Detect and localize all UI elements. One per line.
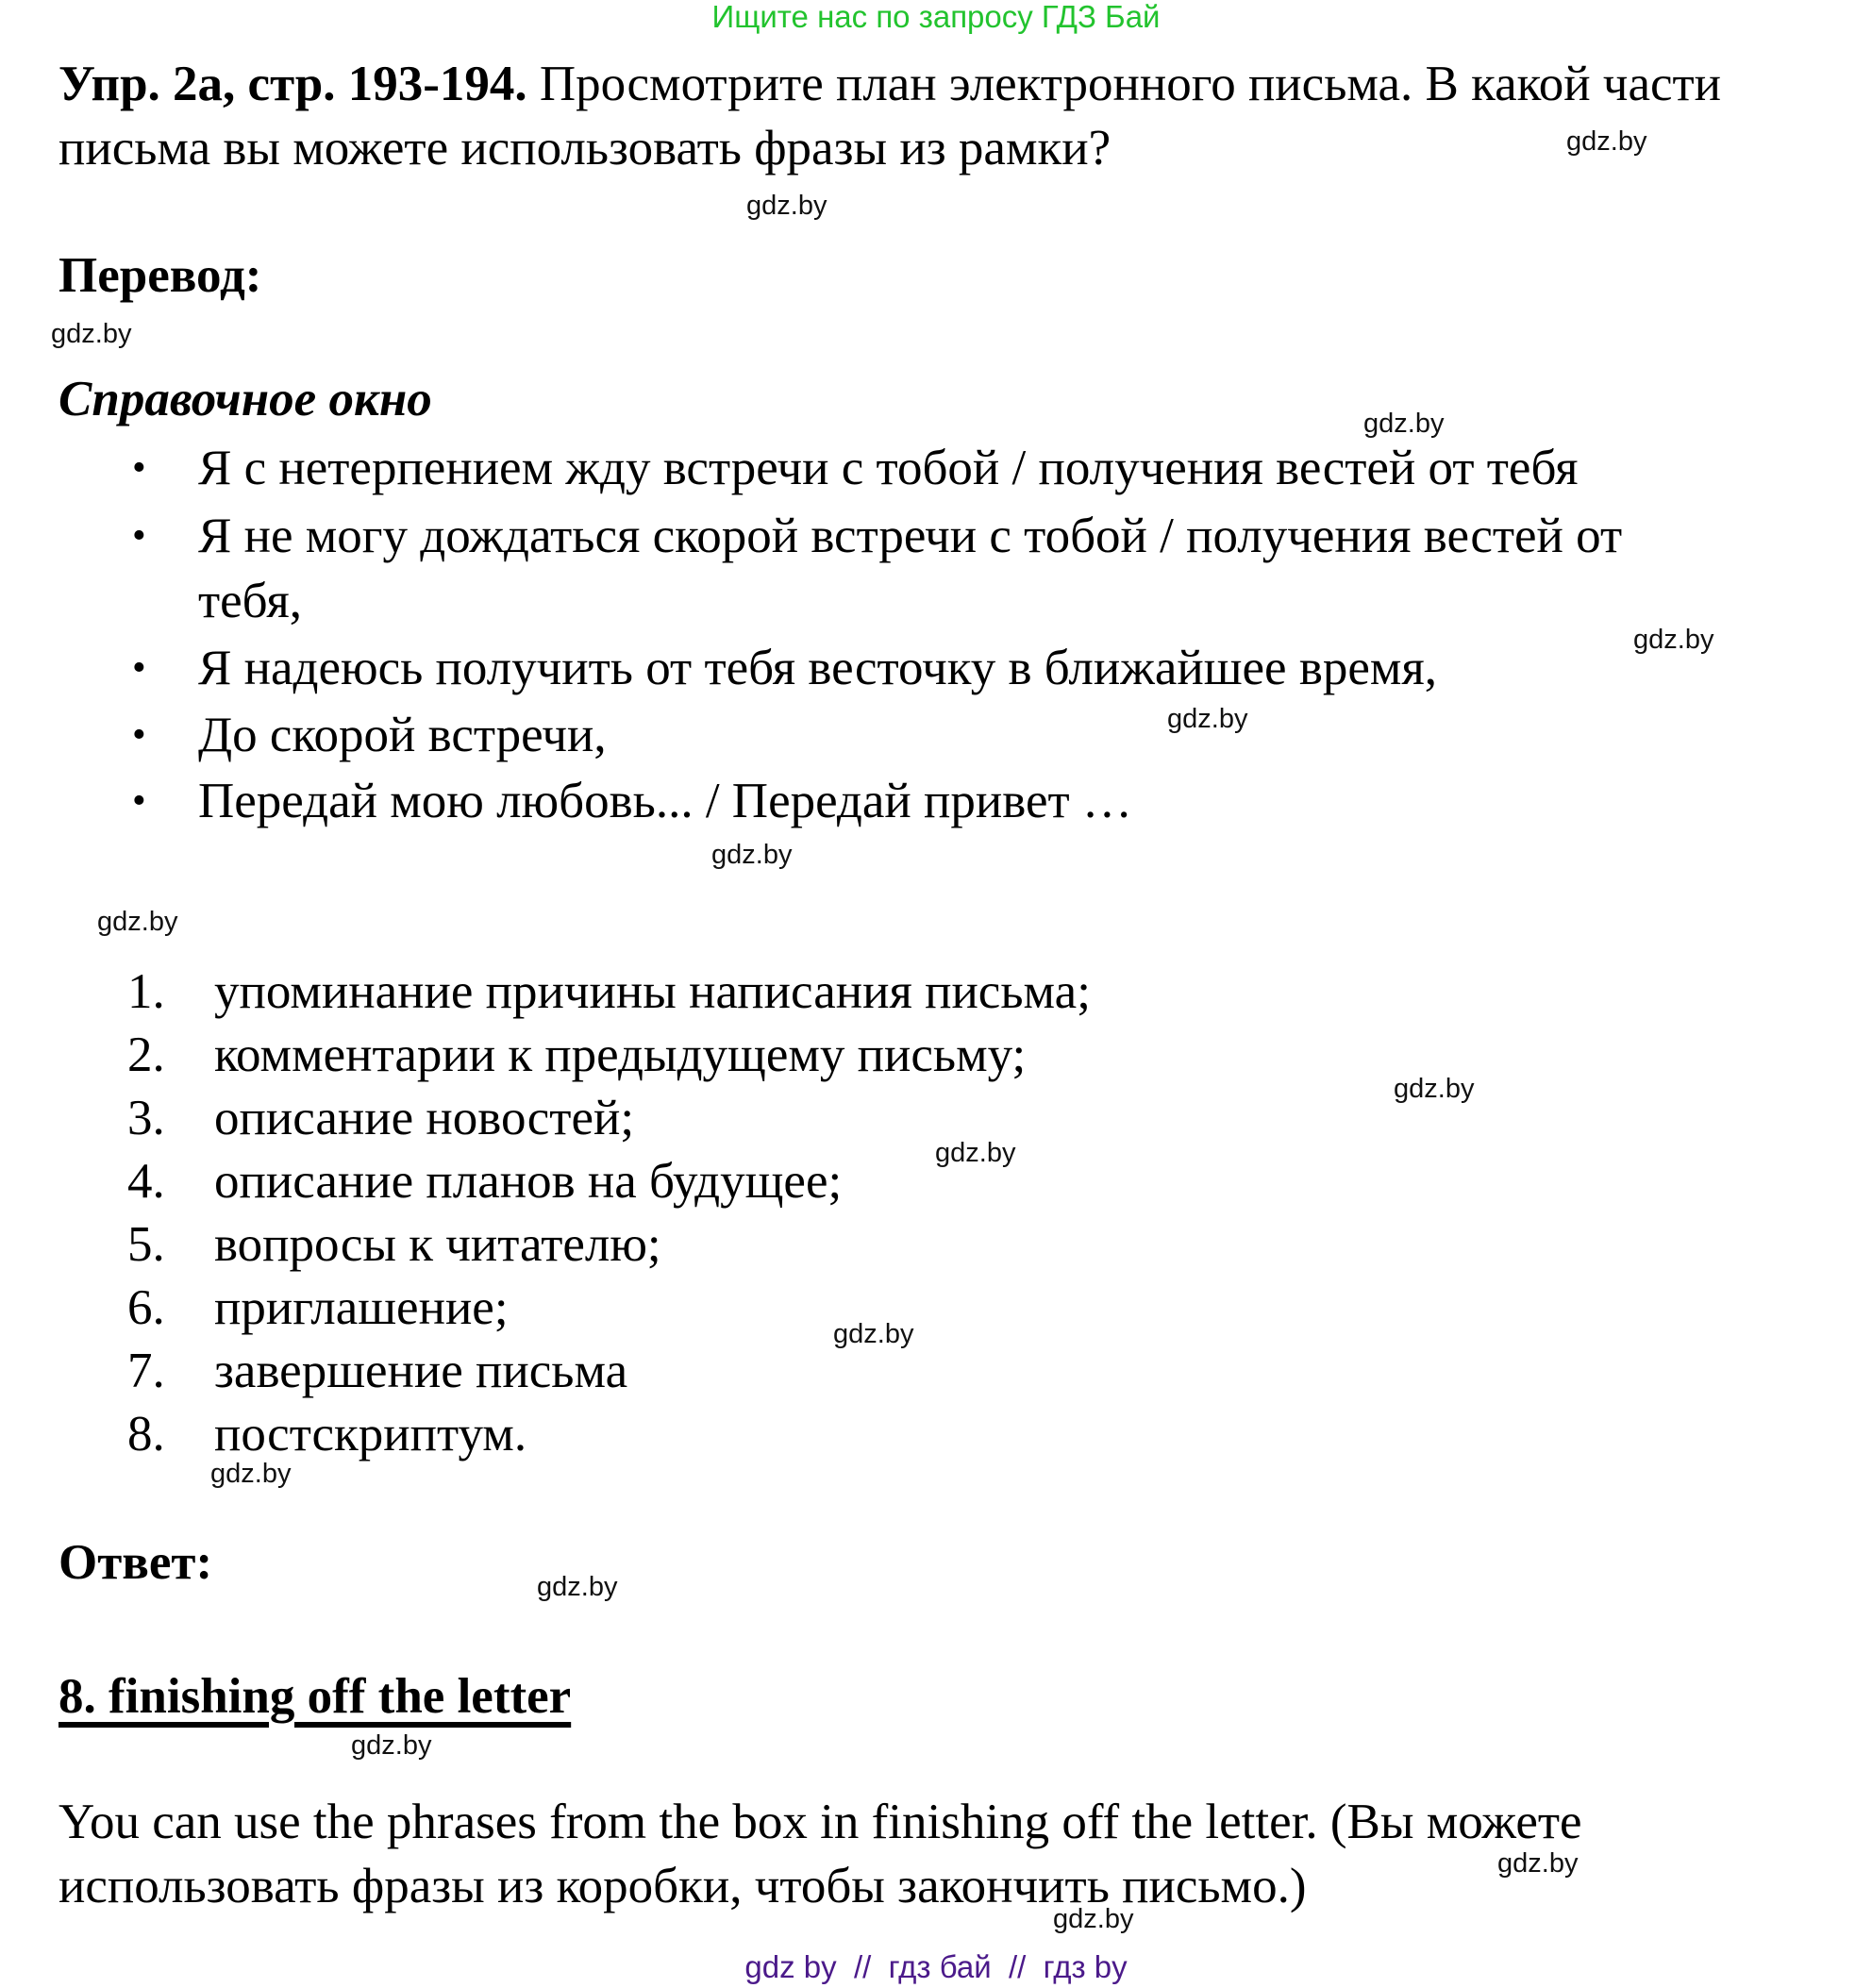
search-banner: Ищите нас по запросу ГДЗ Бай [0,0,1872,34]
translation-heading: Перевод: [58,247,261,304]
watermark: gdz.by [537,1572,617,1602]
bullet-icon: • [132,436,146,500]
bullet-icon: • [132,769,146,833]
watermark: gdz.by [711,840,792,870]
watermark: gdz.by [1053,1904,1133,1934]
bullet-icon: • [132,504,146,568]
watermark: gdz.by [833,1319,913,1349]
bullet-icon: • [132,703,146,767]
footer-links: gdz by // гдз бай // гдз by [0,1949,1872,1985]
watermark: gdz.by [1363,409,1444,439]
watermark: gdz.by [351,1730,431,1761]
watermark: gdz.by [51,319,131,349]
task-label: Упр. 2а, стр. 193-194. [58,57,527,111]
watermark: gdz.by [935,1138,1015,1168]
answer-title: 8. finishing off the letter [58,1665,571,1728]
reference-box-title: Справочное окно [58,371,432,427]
watermark: gdz.by [210,1459,291,1489]
watermark: gdz.by [746,191,827,221]
bullet-icon: • [132,636,146,700]
watermark: gdz.by [1167,704,1247,734]
answer-heading: Ответ: [58,1534,212,1591]
task-statement: Упр. 2а, стр. 193-194. Просмотрите план … [58,52,1813,180]
watermark: gdz.by [97,907,177,937]
watermark: gdz.by [1497,1848,1578,1879]
watermark: gdz.by [1394,1074,1474,1104]
watermark: gdz.by [1566,126,1646,157]
watermark: gdz.by [1633,625,1713,655]
